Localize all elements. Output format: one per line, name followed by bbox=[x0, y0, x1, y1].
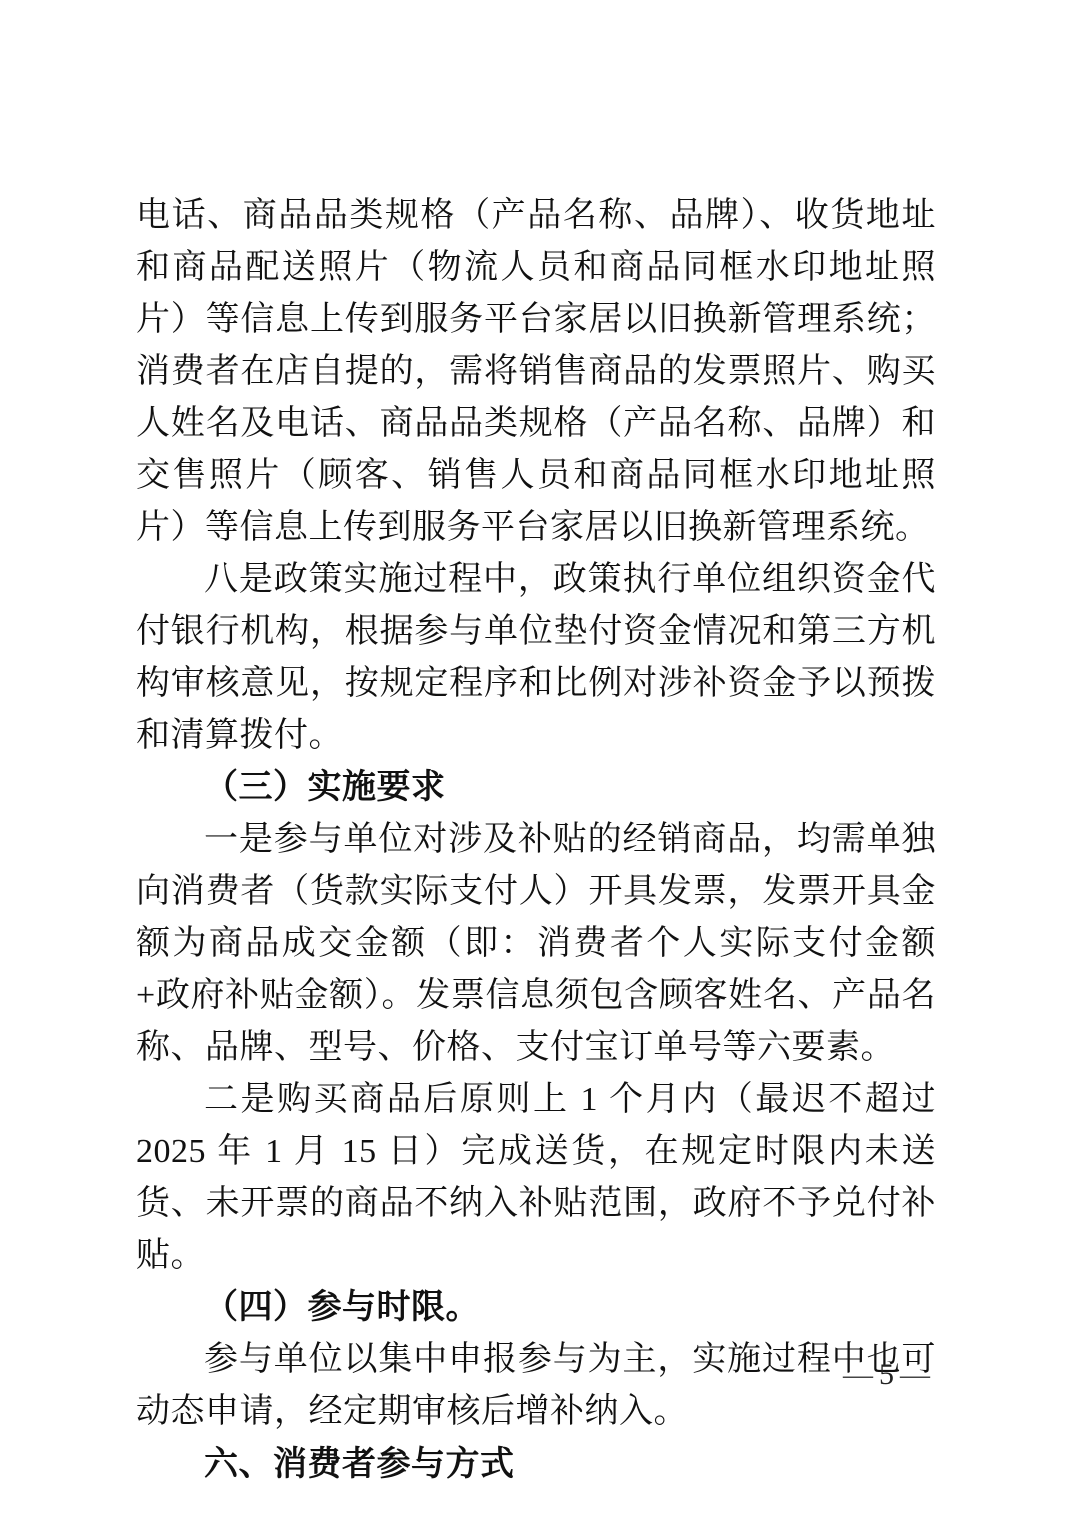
document-page: 电话、商品品类规格（产品名称、品牌）、收货地址和商品配送照片（物流人员和商品同框… bbox=[0, 0, 1074, 1520]
paragraph: 参与单位以集中申报参与为主，实施过程中也可动态申请，经定期审核后增补纳入。 bbox=[136, 1334, 936, 1438]
paragraph: 二是购买商品后原则上 1 个月内（最迟不超过 2025 年 1 月 15 日）完… bbox=[136, 1074, 936, 1282]
page-number: 5 bbox=[879, 1358, 894, 1391]
paragraph-continuation: 电话、商品品类规格（产品名称、品牌）、收货地址和商品配送照片（物流人员和商品同框… bbox=[136, 190, 936, 554]
paragraph: 一是参与单位对涉及补贴的经销商品，均需单独向消费者（货款实际支付人）开具发票，发… bbox=[136, 814, 936, 1074]
paragraph: 八是政策实施过程中，政策执行单位组织资金代付银行机构，根据参与单位垫付资金情况和… bbox=[136, 554, 936, 762]
section-heading: 六、消费者参与方式 bbox=[136, 1438, 936, 1490]
footer-left-dash: — bbox=[837, 1358, 879, 1391]
document-body: 电话、商品品类规格（产品名称、品牌）、收货地址和商品配送照片（物流人员和商品同框… bbox=[136, 190, 936, 1490]
footer-right-dash: — bbox=[894, 1358, 936, 1391]
subsection-heading: （三）实施要求 bbox=[136, 762, 936, 814]
subsection-heading: （四）参与时限。 bbox=[136, 1282, 936, 1334]
page-footer: —5— bbox=[837, 1355, 936, 1395]
